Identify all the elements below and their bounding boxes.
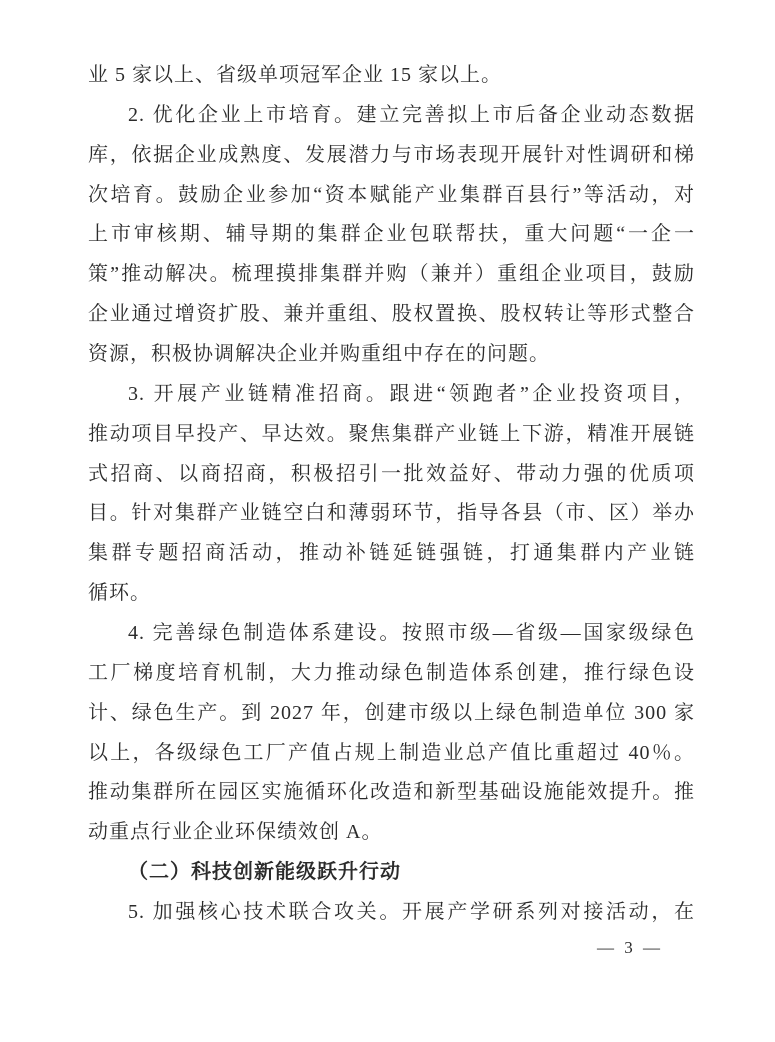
text-line: 企业通过增资扩股、兼并重组、股权置换、股权转让等形式整合 xyxy=(88,295,695,335)
section-heading: （二）科技创新能级跃升行动 xyxy=(88,853,695,893)
text-line: 库，依据企业成熟度、发展潜力与市场表现开展针对性调研和梯 xyxy=(88,136,695,176)
text-line: 上市审核期、辅导期的集群企业包联帮扶，重大问题“一企一 xyxy=(88,215,695,255)
text-line: 4. 完善绿色制造体系建设。按照市级—省级—国家级绿色 xyxy=(88,614,695,654)
text-line: 集群专题招商活动，推动补链延链强链，打通集群内产业链 xyxy=(88,534,695,574)
text-line: 策”推动解决。梳理摸排集群并购（兼并）重组企业项目，鼓励 xyxy=(88,255,695,295)
text-line: 式招商、以商招商，积极招引一批效益好、带动力强的优质项 xyxy=(88,455,695,495)
text-line: 循环。 xyxy=(88,574,695,614)
text-line: 以上，各级绿色工厂产值占规上制造业总产值比重超过 40％。 xyxy=(88,734,695,774)
text-line: 动重点行业企业环保绩效创 A。 xyxy=(88,813,695,853)
text-line: 推动集群所在园区实施循环化改造和新型基础设施能效提升。推 xyxy=(88,773,695,813)
text-line: 推动项目早投产、早达效。聚焦集群产业链上下游，精准开展链 xyxy=(88,415,695,455)
text-line: 计、绿色生产。到 2027 年，创建市级以上绿色制造单位 300 家 xyxy=(88,694,695,734)
text-line: 3. 开展产业链精准招商。跟进“领跑者”企业投资项目， xyxy=(88,375,695,415)
text-line: 工厂梯度培育机制，大力推动绿色制造体系创建，推行绿色设 xyxy=(88,654,695,694)
text-line: 业 5 家以上、省级单项冠军企业 15 家以上。 xyxy=(88,56,695,96)
text-line: 次培育。鼓励企业参加“资本赋能产业集群百县行”等活动，对 xyxy=(88,176,695,216)
text-line: 目。针对集群产业链空白和薄弱环节，指导各县（市、区）举办 xyxy=(88,494,695,534)
document-body: 业 5 家以上、省级单项冠军企业 15 家以上。2. 优化企业上市培育。建立完善… xyxy=(88,56,695,933)
document-page: { "document": { "page_number": "— 3 —", … xyxy=(0,0,775,1042)
page-number: — 3 — xyxy=(597,938,663,958)
text-line: 2. 优化企业上市培育。建立完善拟上市后备企业动态数据 xyxy=(88,96,695,136)
text-line: 5. 加强核心技术联合攻关。开展产学研系列对接活动，在 xyxy=(88,893,695,933)
text-line: 资源，积极协调解决企业并购重组中存在的问题。 xyxy=(88,335,695,375)
